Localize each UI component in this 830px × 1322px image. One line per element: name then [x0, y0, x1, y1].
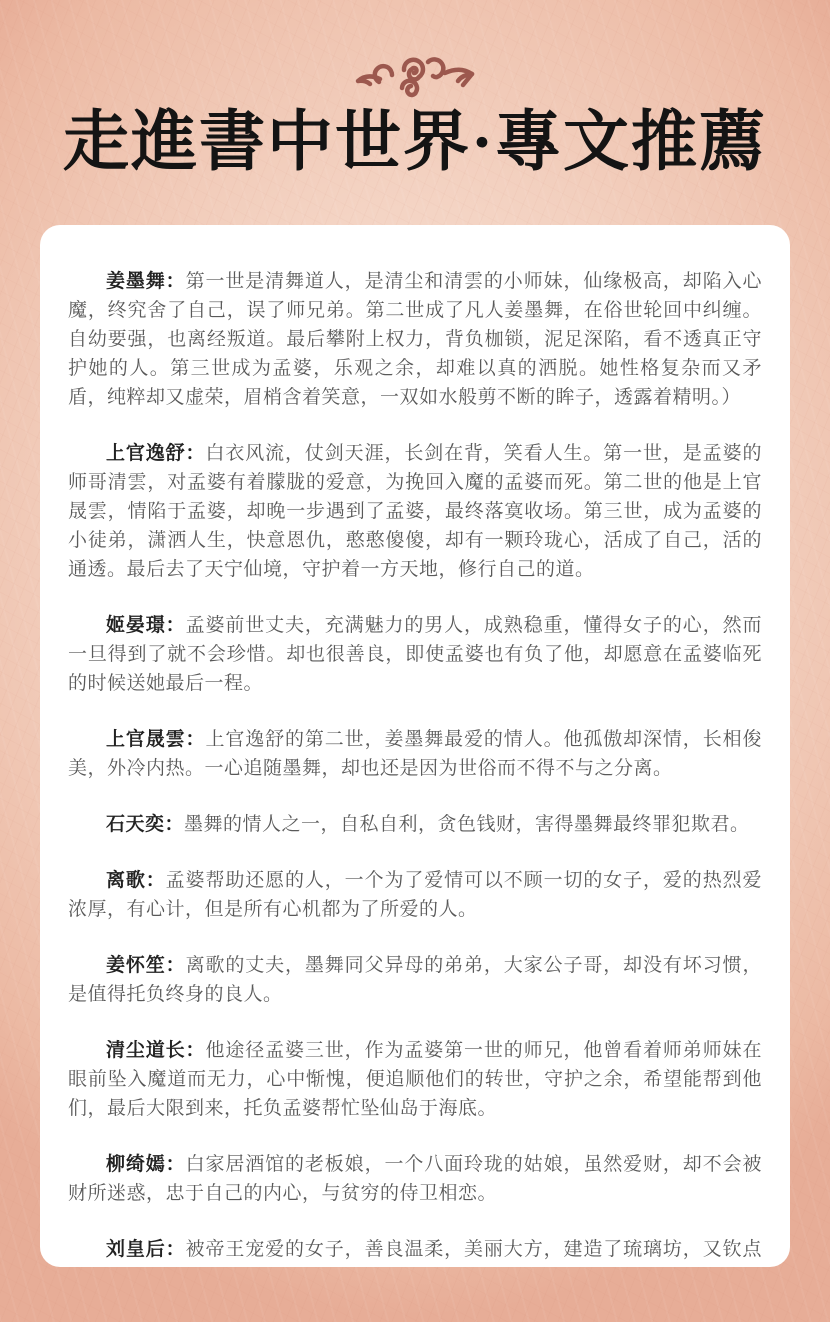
character-name: 离歌： [106, 870, 166, 891]
character-entry: 刘皇后：被帝王宠爱的女子，善良温柔，美丽大方，建造了琉璃坊，又钦点墨舞成为朝中第… [68, 1235, 762, 1267]
character-desc: 墨舞的情人之一，自私自利，贪色钱财，害得墨舞最终罪犯欺君。 [184, 814, 750, 835]
character-name: 姬晏璟： [106, 615, 186, 636]
character-entry: 清尘道长：他途径孟婆三世，作为孟婆第一世的师兄，他曾看着师弟师妹在眼前坠入魔道而… [68, 1036, 762, 1123]
character-entry: 石天奕：墨舞的情人之一，自私自利，贪色钱财，害得墨舞最终罪犯欺君。 [68, 810, 762, 839]
character-entry: 离歌：孟婆帮助还愿的人，一个为了爱情可以不顾一切的女子，爱的热烈爱浓厚，有心计，… [68, 866, 762, 924]
character-entry: 上官逸舒：白衣风流，仗剑天涯，长剑在背，笑看人生。第一世，是孟婆的师哥清雲，对孟… [68, 439, 762, 584]
character-name: 上官晟雲： [106, 729, 205, 750]
character-entry: 姜墨舞：第一世是清舞道人，是清尘和清雲的小师妹，仙缘极高，却陷入心魔，终究舍了自… [68, 267, 762, 412]
character-entry: 姬晏璟：孟婆前世丈夫，充满魅力的男人，成熟稳重，懂得女子的心，然而一旦得到了就不… [68, 611, 762, 698]
character-name: 刘皇后： [106, 1239, 186, 1260]
character-entry: 姜怀笙：离歌的丈夫，墨舞同父异母的弟弟，大家公子哥，却没有坏习惯，是值得托负终身… [68, 951, 762, 1009]
character-name: 姜怀笙： [106, 955, 186, 976]
character-name: 石天奕： [106, 814, 184, 835]
page-title: 走進書中世界·專文推薦 [0, 92, 830, 194]
character-desc: 孟婆帮助还愿的人，一个为了爱情可以不顾一切的女子，爱的热烈爱浓厚，有心计，但是所… [68, 870, 762, 920]
character-name: 姜墨舞： [106, 271, 186, 292]
content-card: 姜墨舞：第一世是清舞道人，是清尘和清雲的小师妹，仙缘极高，却陷入心魔，终究舍了自… [40, 225, 790, 1267]
character-name: 清尘道长： [106, 1040, 205, 1061]
character-entry: 上官晟雲：上官逸舒的第二世，姜墨舞最爱的情人。他孤傲却深情，长相俊美，外冷内热。… [68, 725, 762, 783]
character-name: 柳绮嫣： [106, 1154, 186, 1175]
character-name: 上官逸舒： [106, 443, 205, 464]
character-entry: 柳绮嫣：白家居酒馆的老板娘，一个八面玲珑的姑娘，虽然爱财，却不会被财所迷惑，忠于… [68, 1150, 762, 1208]
character-list: 姜墨舞：第一世是清舞道人，是清尘和清雲的小师妹，仙缘极高，却陷入心魔，终究舍了自… [68, 267, 762, 1267]
poster-page: { "header": { "title": "走進書中世界·專文推薦", "o… [0, 0, 830, 1322]
